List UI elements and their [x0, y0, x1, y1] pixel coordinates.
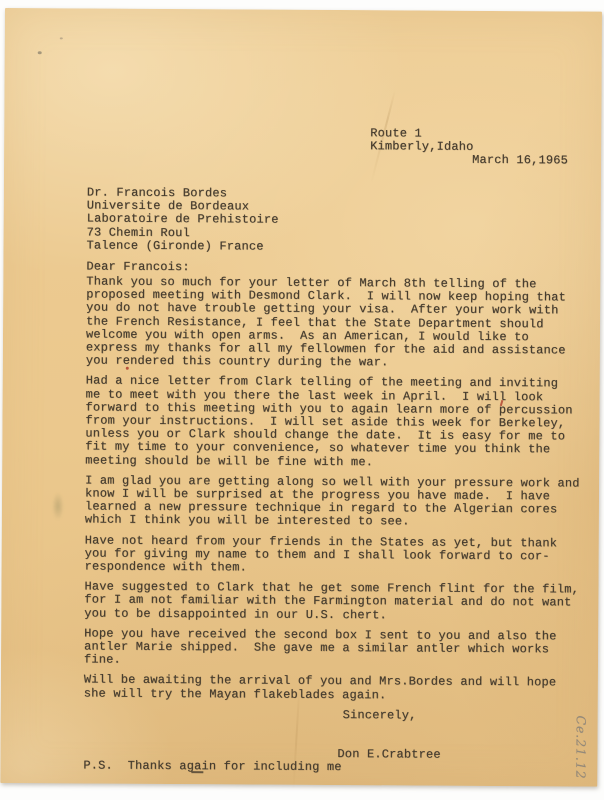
paper-speck — [60, 37, 63, 39]
recipient-line: Talence (Gironde) France — [87, 239, 279, 253]
postscript: P.S. Thanks again for including me — [83, 760, 588, 776]
paragraph: Hope you have received the second box I … — [84, 627, 589, 670]
paragraph: Have not heard from your friends in the … — [85, 534, 590, 577]
red-ink-dot — [126, 367, 129, 370]
return-address: Route 1 Kimberly,Idaho March 16,1965 — [370, 127, 568, 168]
paper-stain — [52, 492, 64, 520]
letter-paper: Route 1 Kimberly,Idaho March 16,1965 Dr.… — [0, 8, 602, 787]
typed-underline-mark — [191, 771, 203, 773]
paragraph: Will be awaiting the arrival of you and … — [84, 674, 589, 703]
scan-background: Route 1 Kimberly,Idaho March 16,1965 Dr.… — [0, 0, 604, 800]
paragraph: Had a nice letter from Clark telling of … — [85, 375, 591, 471]
paragraph: I am glad you are getting along so well … — [85, 474, 590, 530]
paragraph: Have suggested to Clark that he get some… — [84, 581, 589, 624]
signature-name: Don E.Crabtree — [337, 748, 588, 763]
letter-body: Thank you so much for your letter of Mar… — [83, 276, 591, 777]
catalog-annotation: Ce.21.12 — [573, 715, 588, 779]
paper-speck — [38, 51, 42, 54]
paragraph: Thank you so much for your letter of Mar… — [86, 276, 592, 372]
recipient-address: Dr. Francois Bordes Universite de Bordea… — [87, 187, 279, 254]
letter-date: March 16,1965 — [370, 154, 568, 168]
closing: Sincerely, — [343, 709, 589, 724]
salutation: Dear Francois: — [86, 261, 189, 275]
